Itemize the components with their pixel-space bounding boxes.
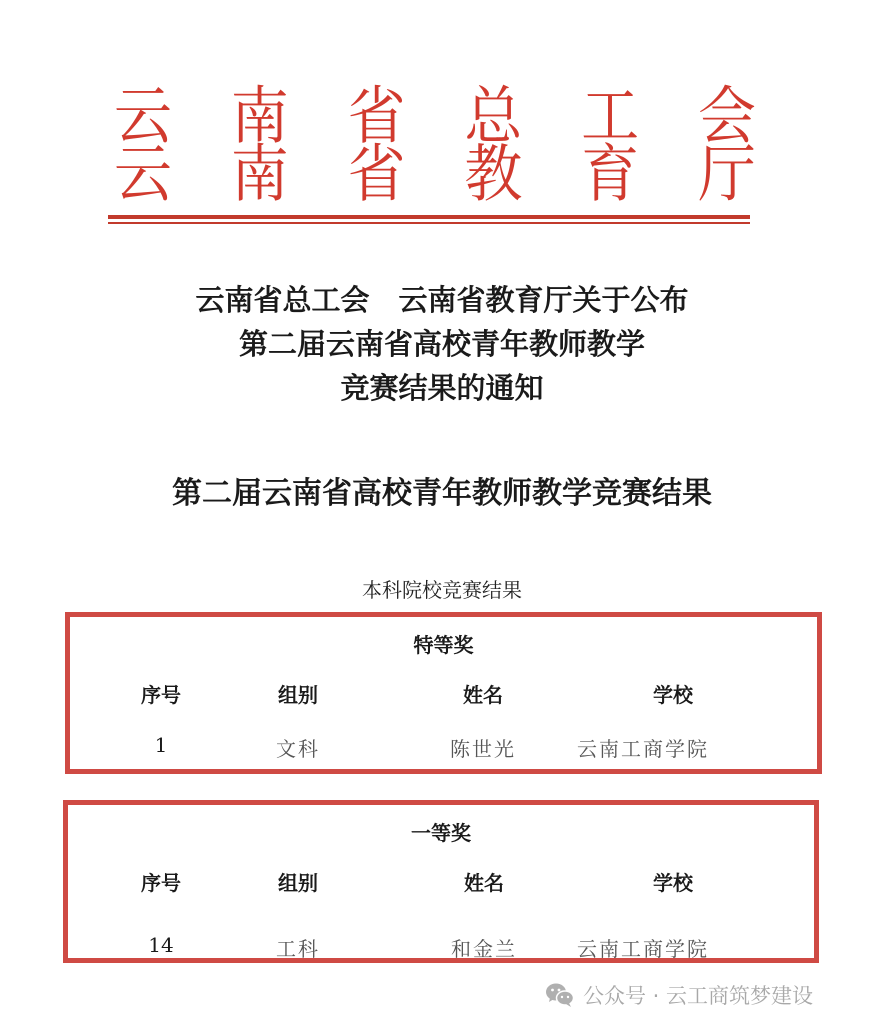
cell-school: 云南工商学院 [577, 933, 709, 962]
column-header-no: 序号 [141, 867, 181, 896]
award-title: 特等奖 [70, 629, 817, 658]
column-header-name: 姓名 [463, 679, 503, 708]
section-label: 本科院校竞赛结果 [0, 574, 884, 603]
letterhead-char: 云 [110, 142, 176, 207]
letterhead-rule-thick [108, 215, 750, 219]
award-box-first-prize: 一等奖 序号 组别 姓名 学校 14 工科 和金兰 云南工商学院 [63, 800, 819, 963]
award-title: 一等奖 [68, 817, 814, 846]
column-header-school: 学校 [653, 679, 693, 708]
cell-group: 文科 [276, 733, 320, 762]
award-box-special-prize: 特等奖 序号 组别 姓名 学校 1 文科 陈世光 云南工商学院 [65, 612, 822, 774]
cell-group: 工科 [276, 933, 320, 962]
cell-no: 14 [148, 933, 173, 957]
notice-title-line-2: 第二届云南省高校青年教师教学 [0, 326, 884, 362]
column-header-no: 序号 [141, 679, 181, 708]
column-header-group: 组别 [278, 679, 318, 708]
wechat-icon [545, 982, 575, 1008]
letterhead-char: 育 [577, 142, 643, 207]
cell-school: 云南工商学院 [577, 733, 709, 762]
results-title: 第二届云南省高校青年教师教学竞赛结果 [0, 475, 884, 513]
cell-no: 1 [155, 733, 168, 757]
cell-name: 陈世光 [450, 733, 516, 762]
notice-title-line-3: 竞赛结果的通知 [0, 370, 884, 406]
letterhead-char: 教 [460, 142, 526, 207]
letterhead-char: 南 [227, 142, 293, 207]
watermark: 公众号 · 云工商筑梦建设 [545, 980, 813, 1010]
notice-title-line-1: 云南省总工会 云南省教育厅关于公布 [0, 282, 884, 318]
letterhead-char: 厅 [694, 142, 760, 207]
column-header-school: 学校 [653, 867, 693, 896]
column-header-name: 姓名 [464, 867, 504, 896]
letterhead-char: 省 [344, 142, 410, 207]
watermark-text: 公众号 · 云工商筑梦建设 [583, 980, 813, 1010]
letterhead-line-2: 云 南 省 教 育 厅 [110, 142, 760, 207]
letterhead-rule-thin [108, 222, 750, 224]
column-header-group: 组别 [278, 867, 318, 896]
cell-name: 和金兰 [451, 933, 517, 962]
letterhead-line-1: 云 南 省 总 工 会 [110, 84, 760, 149]
